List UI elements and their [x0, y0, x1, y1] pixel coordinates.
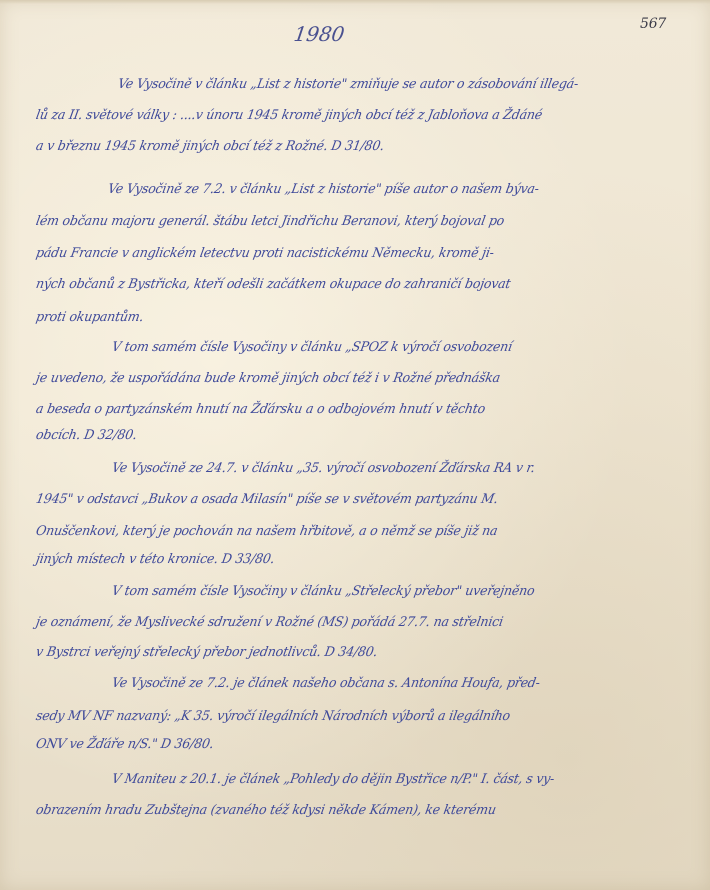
text-line: a beseda o partyzánském hnutí na Žďársku… [35, 402, 487, 417]
text-line: Ve Vysočině ze 7.2. v článku „List z his… [107, 182, 540, 197]
text-line: 1945" v odstavci „Bukov a osada Milasín"… [35, 492, 499, 507]
text-line: ných občanů z Bystřicka, kteří odešli za… [35, 277, 512, 292]
text-line: obcích. D 32/80. [35, 428, 138, 443]
text-line: a v březnu 1945 kromě jiných obcí též z … [35, 139, 386, 154]
text-line: v Bystrci veřejný střelecký přebor jedno… [35, 645, 379, 660]
text-line: V tom samém čísle Vysočiny v článku „Stř… [111, 584, 536, 599]
text-line: pádu Francie v anglickém letectvu proti … [35, 246, 495, 261]
text-line: lů za II. světové války : ....v únoru 19… [35, 108, 544, 123]
text-line: ONV ve Žďáře n/S." D 36/80. [35, 737, 215, 752]
text-line: proti okupantům. [35, 310, 145, 325]
text-line: je uvedeno, že uspořádána bude kromě jin… [35, 371, 502, 386]
document-page: 1980 567 Ve Vysočině v článku „List z hi… [0, 0, 710, 890]
page-number: 567 [640, 16, 666, 32]
paper-edge [0, 0, 710, 4]
text-line: je oznámení, že Myslivecké sdružení v Ro… [35, 615, 504, 630]
text-line: V tom samém čísle Vysočiny v článku „SPO… [111, 340, 513, 355]
text-line: Ve Vysočině v článku „List z historie" z… [117, 77, 580, 92]
year-heading: 1980 [292, 22, 345, 46]
text-line: jiných místech v této kronice. D 33/80. [35, 552, 276, 567]
text-line: V Maniteu z 20.1. je článek „Pohledy do … [111, 772, 556, 787]
text-line: Ve Vysočině ze 7.2. je článek našeho obč… [111, 676, 541, 691]
text-line: obrazením hradu Zubštejna (zvaného též k… [35, 803, 497, 818]
text-line: Ve Vysočině ze 24.7. v článku „35. výroč… [111, 461, 536, 476]
text-line: lém občanu majoru generál. štábu letci J… [35, 214, 506, 229]
text-line: sedy MV NF nazvaný: „K 35. výročí ilegál… [35, 709, 511, 724]
text-line: Onuščenkovi, který je pochován na našem … [35, 524, 499, 539]
